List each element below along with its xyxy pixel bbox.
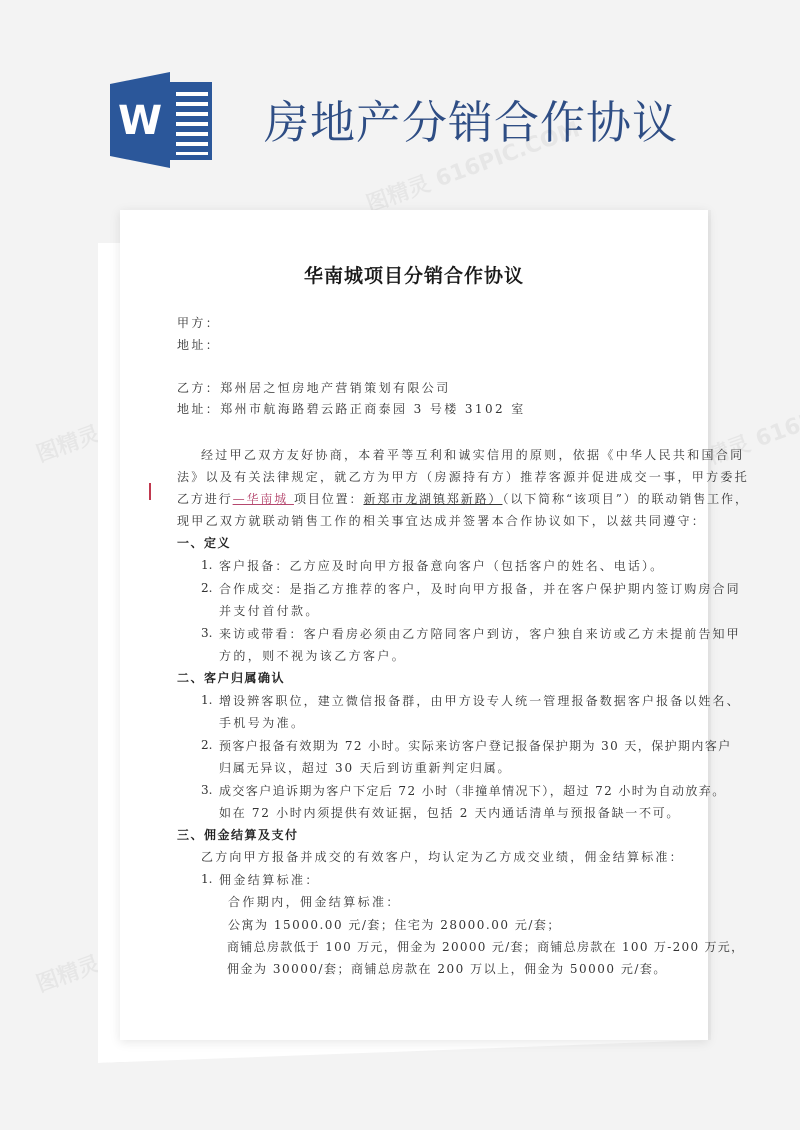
intro-line-4: 现甲乙双方就联动销售工作的相关事宜达成并签署本合作协议如下，以兹共同遵守： <box>177 513 706 529</box>
list-item-cont: 方的，则不视为该乙方客户。 <box>219 648 406 664</box>
intro-line-2: 法》以及有关法律规定，就乙方为甲方（房源持有方）推荐客源并促进成交一事，甲方委托 <box>177 469 749 485</box>
list-item-cont: 如在 72 小时内须提供有效证据，包括 2 天内通话清单与预报备缺一不可。 <box>219 805 680 821</box>
intro-line-1: 经过甲乙双方友好协商，本着平等互利和诚实信用的原则，依据《中华人民共和国合同 <box>201 447 744 463</box>
sub-line: 合作期内，佣金结算标准： <box>228 894 401 910</box>
word-icon: W <box>108 72 214 168</box>
list-item: 预客户报备有效期为 72 小时。实际来访客户登记报备保护期为 30 天，保护期内… <box>219 738 732 754</box>
list-item: 合作成交：是指乙方推荐的客户，及时向甲方报备，并在客户保护期内签订购房合同 <box>219 581 741 597</box>
sub-line: 佣金为 30000/套；商铺总房款在 200 万以上，佣金为 50000 元/套… <box>227 961 667 977</box>
list-number: 2. <box>201 581 212 595</box>
list-number: 1. <box>201 693 212 707</box>
list-number: 3. <box>201 626 212 640</box>
list-item-cont: 手机号为准。 <box>219 715 305 731</box>
list-number: 3. <box>201 783 212 797</box>
list-item: 成交客户追诉期为客户下定后 72 小时（非撞单情况下），超过 72 小时为自动放… <box>219 783 726 799</box>
hero-title: 房地产分销合作协议 <box>264 86 678 151</box>
list-number: 1. <box>201 558 212 572</box>
list-number: 1. <box>201 872 212 886</box>
document-title: 华南城项目分销合作协议 <box>120 261 708 288</box>
list-item-cont: 并支付首付款。 <box>219 603 320 619</box>
text-cursor <box>149 483 151 500</box>
section-intro: 乙方向甲方报备并成交的有效客户，均认定为乙方成交业绩，佣金结算标准： <box>201 849 684 865</box>
section-heading: 三、佣金结算及支付 <box>177 827 299 843</box>
section-heading: 二、客户归属确认 <box>177 670 285 686</box>
party-b-label: 乙方：郑州居之恒房地产营销策划有限公司 <box>177 380 451 396</box>
list-item: 增设辨客职位，建立微信报备群，由甲方设专人统一管理报备数据客户报备以姓名、 <box>219 693 741 709</box>
list-number: 2. <box>201 738 212 752</box>
sub-line: 商铺总房款低于 100 万元，佣金为 20000 元/套；商铺总房款在 100 … <box>227 939 744 955</box>
section-heading: 一、定义 <box>177 535 231 551</box>
document-page: 华南城项目分销合作协议 甲方： 地址： 乙方：郑州居之恒房地产营销策划有限公司 … <box>120 210 708 1040</box>
svg-text:W: W <box>118 98 162 144</box>
intro-line-3: 乙方进行—华南城 项目位置：新郑市龙湖镇郑新路）（以下简称“该项目”）的联动销售… <box>177 491 749 507</box>
list-item-cont: 归属无异议，超过 30 天后到访重新判定归属。 <box>219 760 511 776</box>
project-location: 新郑市龙湖镇郑新路） <box>363 492 502 506</box>
party-a-address-label: 地址： <box>177 337 220 353</box>
party-b-address: 地址：郑州市航海路碧云路正商泰园 3 号楼 3102 室 <box>177 401 526 417</box>
sub-line: 公寓为 15000.00 元/套；住宅为 28000.00 元/套； <box>228 917 561 933</box>
party-a-label: 甲方： <box>177 315 220 331</box>
list-item: 客户报备：乙方应及时向甲方报备意向客户（包括客户的姓名、电话）。 <box>219 558 664 574</box>
list-item: 来访或带看：客户看房必须由乙方陪同客户到访，客户独自来访或乙方未提前告知甲 <box>219 626 741 642</box>
project-name: —华南城 <box>233 492 294 506</box>
list-item: 佣金结算标准： <box>219 872 320 888</box>
